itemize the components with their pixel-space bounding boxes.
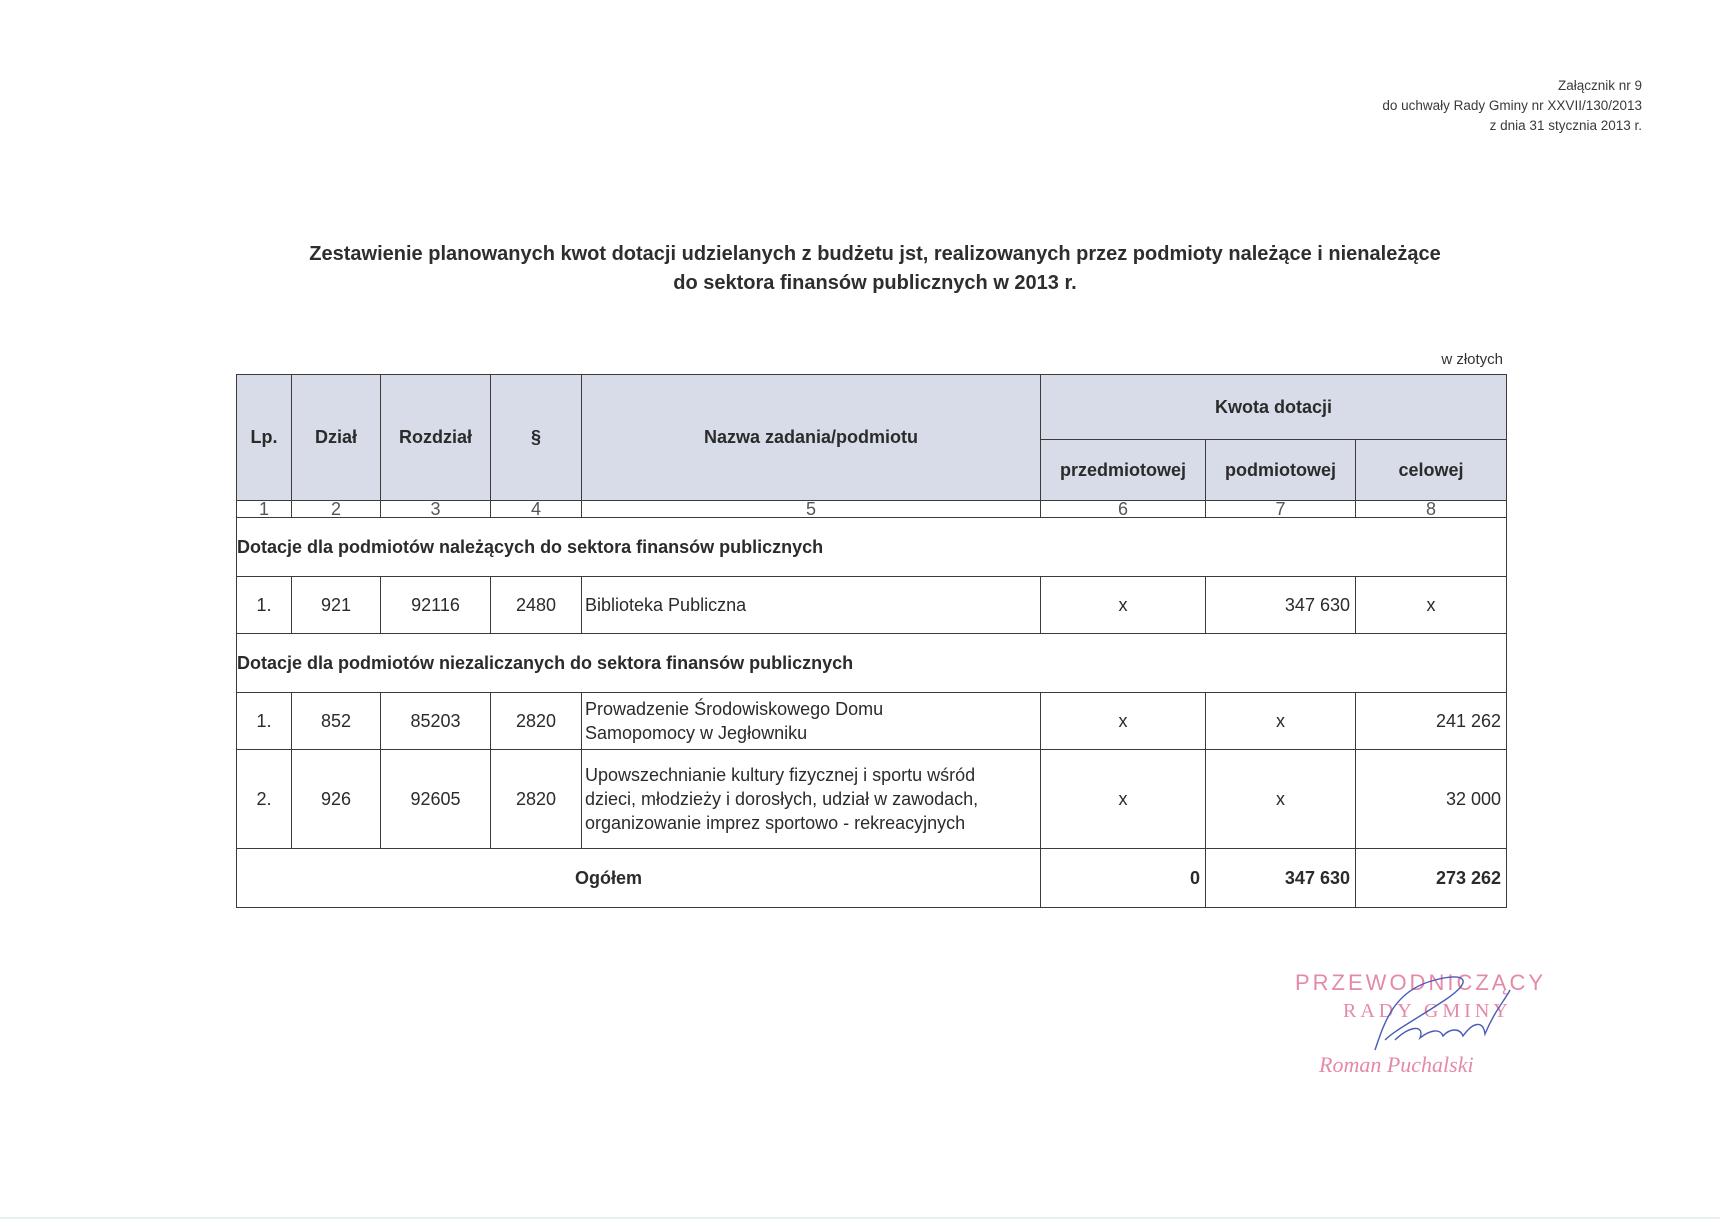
column-number-row: 1 2 3 4 5 6 7 8 [237, 501, 1507, 518]
annex-number: Załącznik nr 9 [1382, 76, 1642, 96]
cell-rozdzial: 92116 [381, 577, 491, 634]
section-header: Dotacje dla podmiotów niezaliczanych do … [237, 634, 1507, 693]
cell-podmiotowej: x [1206, 693, 1356, 750]
total-label: Ogółem [237, 849, 1041, 908]
cell-celowej: x [1356, 577, 1507, 634]
column-number: 1 [237, 501, 292, 518]
name-line: Prowadzenie Środowiskowego Domu [585, 697, 1040, 721]
column-number: 5 [582, 501, 1041, 518]
total-przedmiotowej: 0 [1041, 849, 1206, 908]
cell-dzial: 921 [292, 577, 381, 634]
table-row: 2. 926 92605 2820 Upowszechnianie kultur… [237, 750, 1507, 849]
column-number: 4 [491, 501, 582, 518]
cell-name: Prowadzenie Środowiskowego Domu Samopomo… [582, 693, 1041, 750]
header-dzial: Dział [292, 375, 381, 501]
header-przedmiotowej: przedmiotowej [1041, 440, 1206, 501]
name-line: Upowszechnianie kultury fizycznej i spor… [585, 763, 1040, 787]
column-number: 6 [1041, 501, 1206, 518]
name-line: dzieci, młodzieży i dorosłych, udział w … [585, 787, 1040, 811]
name-line: organizowanie imprez sportowo - rekreacy… [585, 811, 1040, 835]
cell-dzial: 852 [292, 693, 381, 750]
column-number: 3 [381, 501, 491, 518]
cell-podmiotowej: 347 630 [1206, 577, 1356, 634]
section-title: Dotacje dla podmiotów niezaliczanych do … [237, 634, 1507, 693]
total-row: Ogółem 0 347 630 273 262 [237, 849, 1507, 908]
cell-paragraph: 2820 [491, 693, 582, 750]
cell-rozdzial: 92605 [381, 750, 491, 849]
cell-rozdzial: 85203 [381, 693, 491, 750]
column-number: 7 [1206, 501, 1356, 518]
column-number: 2 [292, 501, 381, 518]
section-title: Dotacje dla podmiotów należących do sekt… [237, 518, 1507, 577]
cell-paragraph: 2820 [491, 750, 582, 849]
cell-celowej: 32 000 [1356, 750, 1507, 849]
header-row: Lp. Dział Rozdział § Nazwa zadania/podmi… [237, 375, 1507, 440]
header-amount-group: Kwota dotacji [1041, 375, 1507, 440]
resolution-date: z dnia 31 stycznia 2013 r. [1382, 116, 1642, 136]
header-lp: Lp. [237, 375, 292, 501]
cell-celowej: 241 262 [1356, 693, 1507, 750]
table-row: 1. 852 85203 2820 Prowadzenie Środowisko… [237, 693, 1507, 750]
cell-przedmiotowej: x [1041, 693, 1206, 750]
header-paragraph: § [491, 375, 582, 501]
header-podmiotowej: podmiotowej [1206, 440, 1356, 501]
cell-lp: 1. [237, 577, 292, 634]
unit-label: w złotych [1441, 351, 1503, 368]
scan-edge-line [0, 1217, 1720, 1219]
cell-podmiotowej: x [1206, 750, 1356, 849]
cell-lp: 1. [237, 693, 292, 750]
header-celowej: celowej [1356, 440, 1507, 501]
column-number: 8 [1356, 501, 1507, 518]
section-header: Dotacje dla podmiotów należących do sekt… [237, 518, 1507, 577]
cell-przedmiotowej: x [1041, 750, 1206, 849]
cell-lp: 2. [237, 750, 292, 849]
subsidies-table: Lp. Dział Rozdział § Nazwa zadania/podmi… [236, 374, 1507, 908]
cell-name: Upowszechnianie kultury fizycznej i spor… [582, 750, 1041, 849]
title-line-2: do sektora finansów publicznych w 2013 r… [240, 269, 1510, 298]
header-name: Nazwa zadania/podmiotu [582, 375, 1041, 501]
annex-reference: Załącznik nr 9 do uchwały Rady Gminy nr … [1382, 76, 1642, 136]
name-line: Samopomocy w Jegłowniku [585, 721, 1040, 745]
signature-icon [1355, 970, 1555, 1060]
resolution-number: do uchwały Rady Gminy nr XXVII/130/2013 [1382, 96, 1642, 116]
header-rozdzial: Rozdział [381, 375, 491, 501]
cell-paragraph: 2480 [491, 577, 582, 634]
total-podmiotowej: 347 630 [1206, 849, 1356, 908]
cell-name: Biblioteka Publiczna [582, 577, 1041, 634]
chairman-stamp: PRZEWODNICZĄCY RADY GMINY Roman Puchalsk… [1295, 970, 1575, 1090]
title-line-1: Zestawienie planowanych kwot dotacji udz… [240, 240, 1510, 269]
table-row: 1. 921 92116 2480 Biblioteka Publiczna x… [237, 577, 1507, 634]
total-celowej: 273 262 [1356, 849, 1507, 908]
document-title: Zestawienie planowanych kwot dotacji udz… [240, 240, 1510, 298]
cell-dzial: 926 [292, 750, 381, 849]
cell-przedmiotowej: x [1041, 577, 1206, 634]
